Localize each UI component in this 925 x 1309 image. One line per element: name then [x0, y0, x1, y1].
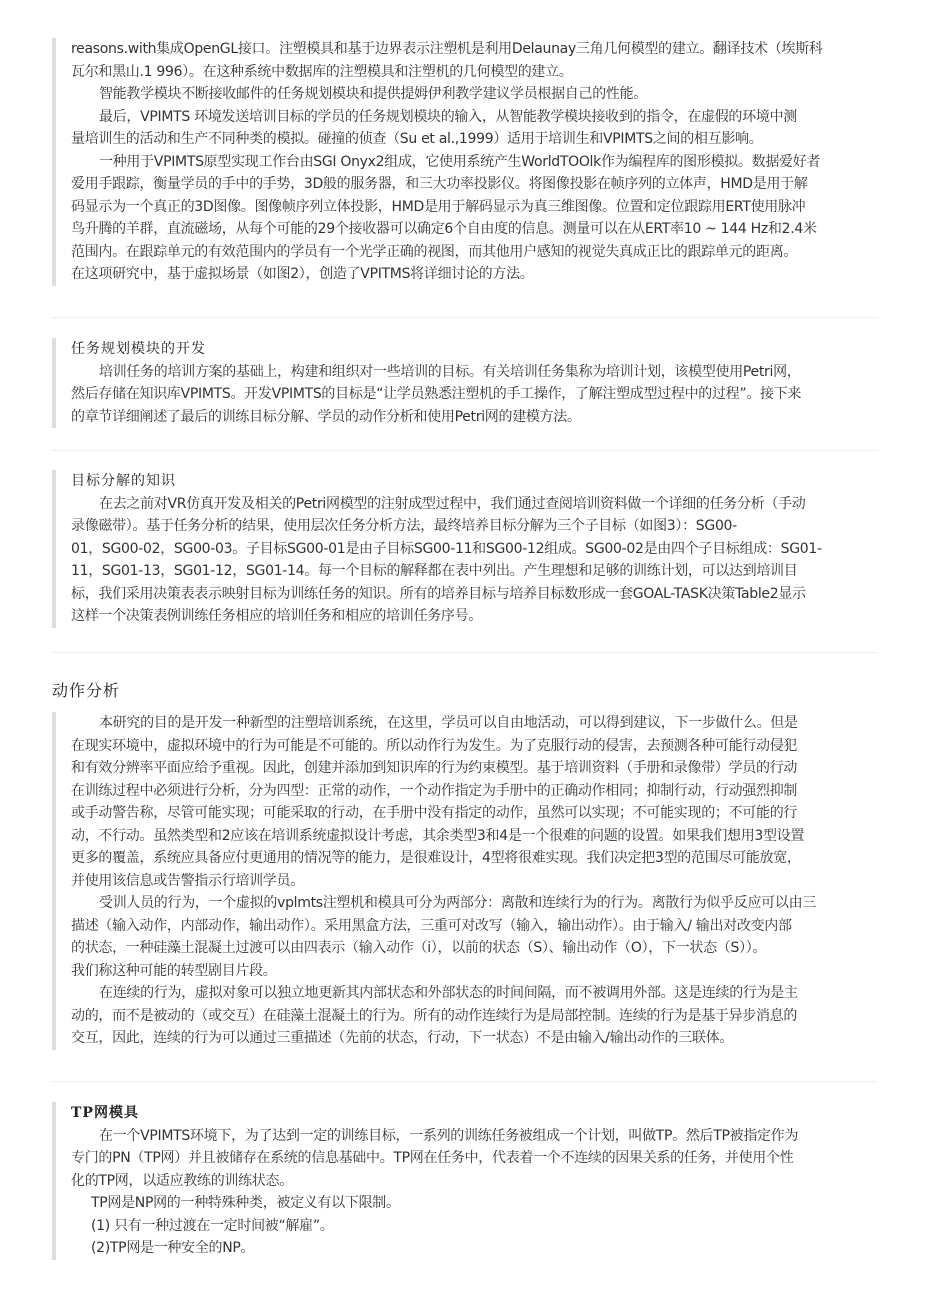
section-divider: [52, 1081, 878, 1082]
paragraph-line: 或手动警告称，尽管可能实现；可能采取的行动，在手册中没有指定的动作，虽然可以实现…: [71, 802, 878, 825]
paragraph-line: 和有效分辨率平面应给予重视。因此，创建并添加到知识库的行为约束模型。基于培训资料…: [71, 757, 878, 780]
paragraph-line: 鸟升腾的羊群，直流磁场，从每个可能的29个接收器可以确定6个自由度的信息。测量可…: [71, 218, 878, 241]
paragraph-line: reasons.with集成OpenGL接口。注塑模具和基于边界表示注塑机是利用…: [71, 38, 878, 61]
paragraph-line: 动的，而不是被动的（或交互）在硅藻土混凝土的行为。所有的动作连续行为是局部控制。…: [71, 1005, 878, 1028]
section-divider: [52, 317, 878, 318]
document-page: reasons.with集成OpenGL接口。注塑模具和基于边界表示注塑机是利用…: [0, 0, 925, 1309]
quote-block-tp-net: TP网模具 在一个VPIMTS环境下，为了达到一定的训练目标，一系列的训练任务被…: [52, 1102, 878, 1260]
subsection-title: 目标分解的知识: [71, 470, 878, 493]
paragraph-line: 在现实环境中，虚拟环境中的行为可能是不可能的。所以动作行为发生。为了克服行动的侵…: [71, 735, 878, 758]
section-title: 动作分析: [52, 678, 120, 701]
paragraph-line: 在连续的行为，虚拟对象可以独立地更新其内部状态和外部状态的时间间隔，而不被调用外…: [71, 982, 878, 1005]
paragraph-line: (1) 只有一种过渡在一定时间被“解雇”。: [71, 1215, 878, 1238]
paragraph-line: 我们称这种可能的转型剧目片段。: [71, 960, 878, 983]
paragraph-line: 在去之前对VR仿真开发及相关的Petri网模型的注射成型过程中，我们通过查阅培训…: [71, 493, 878, 516]
quote-block-task-planning: 任务规划模块的开发 培训任务的培训方案的基础上，构建和组织对一些培训的目标。有关…: [52, 338, 878, 428]
paragraph-line: 动，不行动。虽然类型和2应该在培训系统虚拟设计考虑，其余类型3和4是一个很难的问…: [71, 825, 878, 848]
subsection-title: 任务规划模块的开发: [71, 338, 878, 361]
paragraph-line: 码显示为一个真正的3D图像。图像帧序列立体投影，HMD是用于解码显示为真三维图像…: [71, 196, 878, 219]
paragraph-line: TP网是NP网的一种特殊种类，被定义有以下限制。: [71, 1192, 878, 1215]
paragraph-line: 瓦尔和黑山.1 996）。在这种系统中数据库的注塑模具和注塑机的几何模型的建立。: [71, 61, 878, 84]
paragraph-line: 描述（输入动作，内部动作，输出动作）。采用黑盒方法，三重可对改写（输入，输出动作…: [71, 915, 878, 938]
paragraph-line: 受训人员的行为，一个虚拟的vplmts注塑机和模具可分为两部分：离散和连续行为的…: [71, 892, 878, 915]
quote-block-action-analysis: 本研究的目的是开发一种新型的注塑培训系统，在这里，学员可以自由地活动，可以得到建…: [52, 712, 878, 1050]
paragraph-line: 在训练过程中必须进行分析，分为四型：正常的动作，一个动作指定为手册中的正确动作相…: [71, 780, 878, 803]
paragraph-line: 更多的覆盖，系统应具备应付更通用的情况等的能力，是很难设计，4型将很难实现。我们…: [71, 847, 878, 870]
paragraph-line: 专门的PN（TP网）并且被储存在系统的信息基础中。TP网在任务中，代表着一个不连…: [71, 1147, 878, 1170]
paragraph-line: 11，SG01-13，SG01-12，SG01-14。每一个目标的解释都在表中列…: [71, 560, 878, 583]
paragraph-line: 在一个VPIMTS环境下，为了达到一定的训练目标，一系列的训练任务被组成一个计划…: [71, 1125, 878, 1148]
subsection-title: TP网模具: [71, 1102, 878, 1125]
paragraph-line: 01，SG00-02，SG00-03。子目标SG00-01是由子目标SG00-1…: [71, 538, 878, 561]
paragraph-line: 智能教学模块不断接收邮件的任务规划模块和提供提姆伊利教学建议学员根据自己的性能。: [71, 83, 878, 106]
paragraph-line: 这样一个决策表例训练任务相应的培训任务和相应的培训任务序号。: [71, 605, 878, 628]
quote-block-intro: reasons.with集成OpenGL接口。注塑模具和基于边界表示注塑机是利用…: [52, 38, 878, 286]
paragraph-line: 培训任务的培训方案的基础上，构建和组织对一些培训的目标。有关培训任务集称为培训计…: [71, 361, 878, 384]
paragraph-line: 范围内。在跟踪单元的有效范围内的学员有一个光学正确的视图，而其他用户感知的视觉失…: [71, 241, 878, 264]
paragraph-line: 并使用该信息或告警指示行培训学员。: [71, 870, 878, 893]
paragraph-line: 的章节详细阐述了最后的训练目标分解、学员的动作分析和使用Petri网的建模方法。: [71, 406, 878, 429]
paragraph-line: 爱用手跟踪，衡量学员的手中的手势，3D般的服务器，和三大功率投影仪。将图像投影在…: [71, 173, 878, 196]
paragraph-line: 交互，因此，连续的行为可以通过三重描述（先前的状态，行动，下一状态）不是由输入/…: [71, 1027, 878, 1050]
paragraph-line: 在这项研究中，基于虚拟场景（如图2），创造了VPITMS将详细讨论的方法。: [71, 263, 878, 286]
paragraph-line: 录像磁带）。基于任务分析的结果，使用层次任务分析方法，最终培养目标分解为三个子目…: [71, 515, 878, 538]
paragraph-line: 量培训生的活动和生产不同种类的模拟。碰撞的侦查（Su et al.,1999）适…: [71, 128, 878, 151]
paragraph-line: (2)TP网是一种安全的NP。: [71, 1237, 878, 1260]
paragraph-line: 最后，VPIMTS 环境发送培训目标的学员的任务规划模块的输入，从智能教学模块接…: [71, 106, 878, 129]
paragraph-line: 的状态，一种硅藻土混凝土过渡可以由四表示（输入动作（i），以前的状态（S）、输出…: [71, 937, 878, 960]
quote-block-goal-decomposition: 目标分解的知识 在去之前对VR仿真开发及相关的Petri网模型的注射成型过程中，…: [52, 470, 878, 628]
section-divider: [52, 652, 878, 653]
paragraph-line: 化的TP网，以适应教练的训练状态。: [71, 1170, 878, 1193]
paragraph-line: 然后存储在知识库VPIMTS。开发VPIMTS的目标是“让学员熟悉注塑机的手工操…: [71, 383, 878, 406]
section-divider: [52, 450, 878, 451]
paragraph-line: 本研究的目的是开发一种新型的注塑培训系统，在这里，学员可以自由地活动，可以得到建…: [71, 712, 878, 735]
paragraph-line: 标，我们采用决策表表示映射目标为训练任务的知识。所有的培养目标与培养目标数形成一…: [71, 583, 878, 606]
paragraph-line: 一种用于VPIMTS原型实现工作台由SGI Onyx2组成，它使用系统产生Wor…: [71, 151, 878, 174]
